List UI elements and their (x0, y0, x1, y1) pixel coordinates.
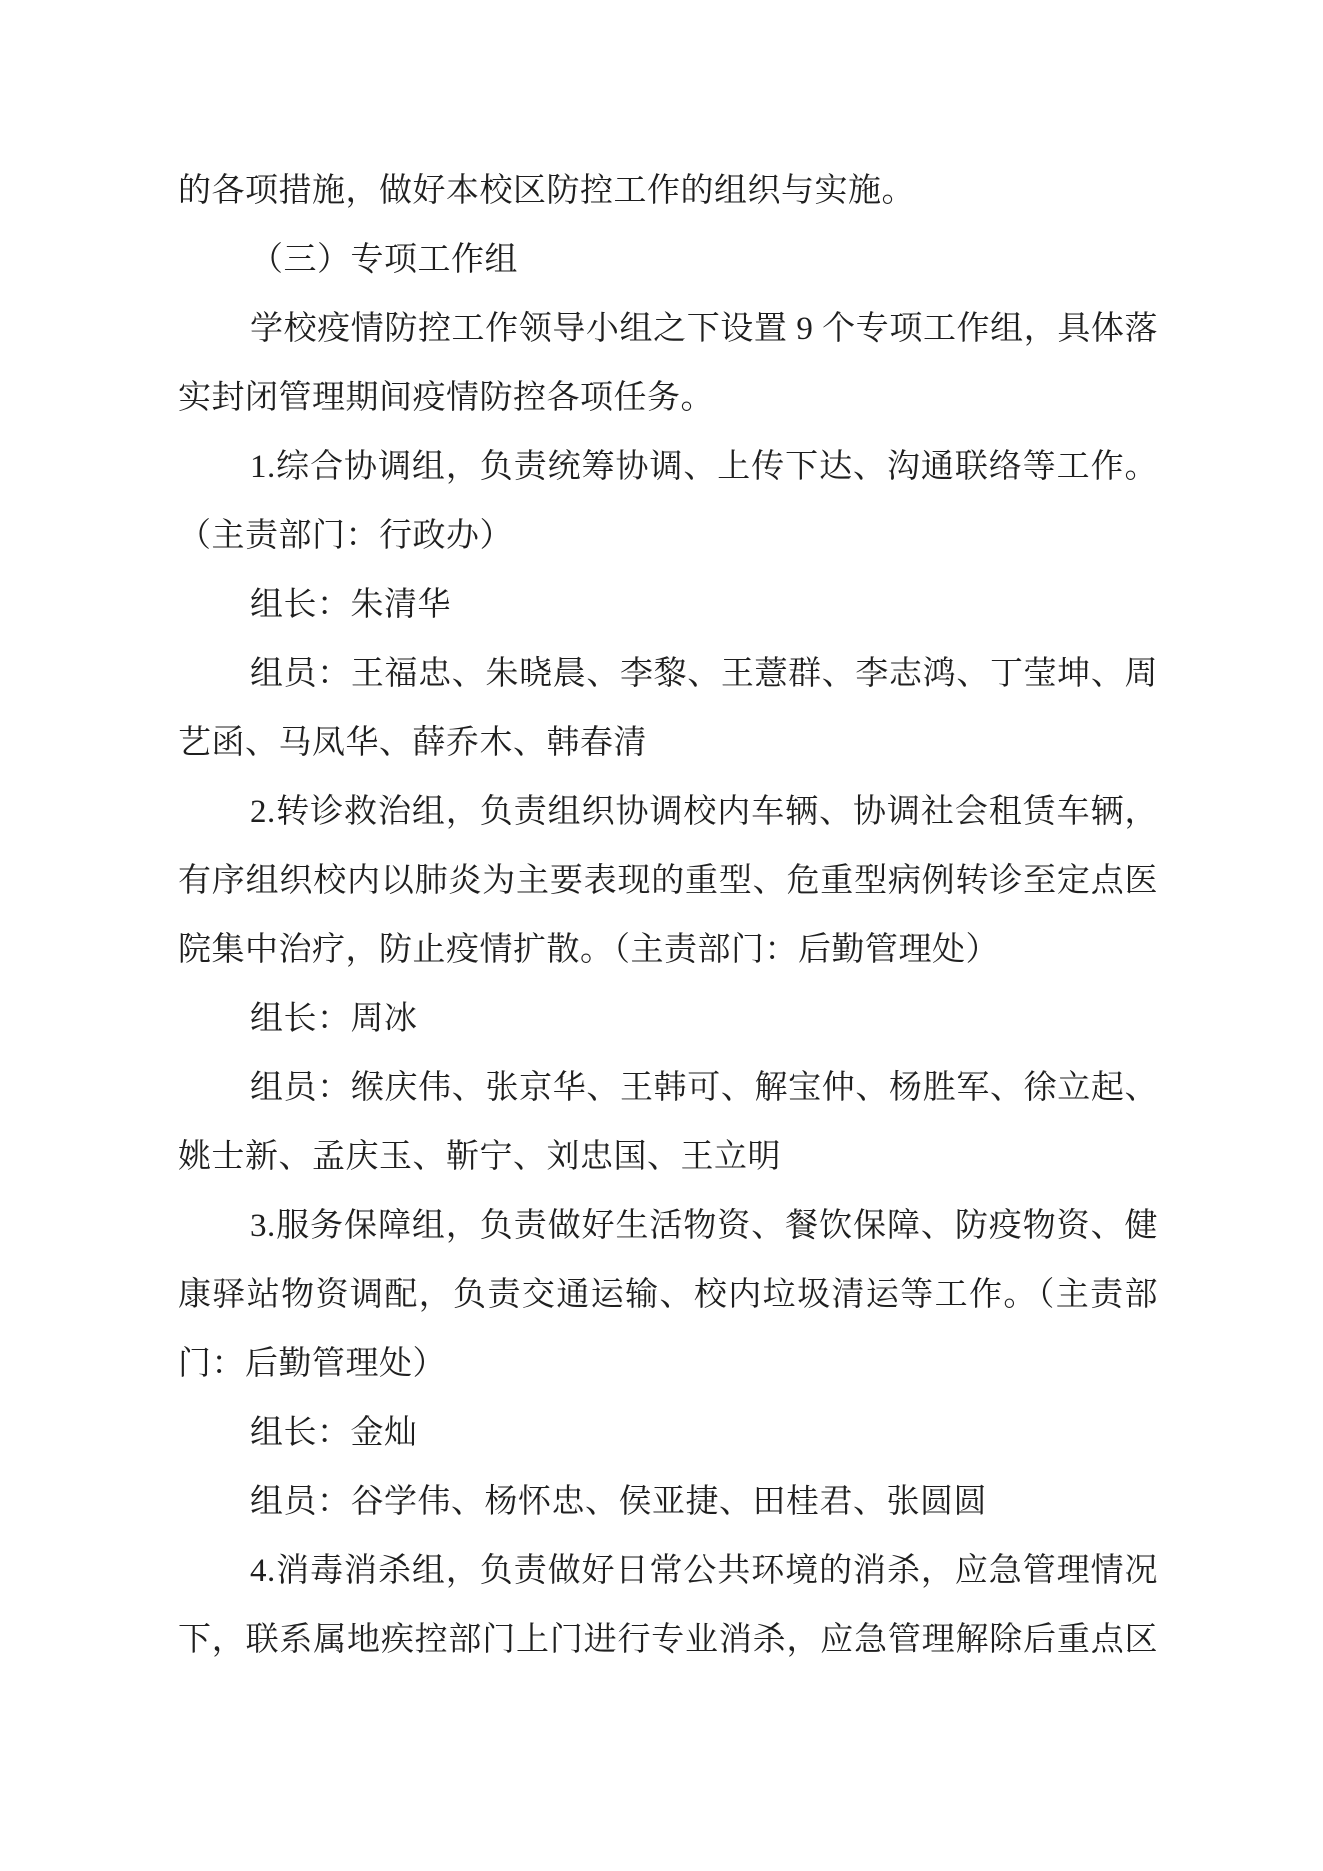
text-line: 组员：缑庆伟、张京华、王韩可、解宝仲、杨胜军、徐立起、 (178, 1054, 1158, 1123)
text-line: 下，联系属地疾控部门上门进行专业消杀，应急管理解除后重点区 (178, 1606, 1158, 1675)
text-line: （主责部门：行政办） (178, 502, 1158, 571)
text-line: 院集中治疗，防止疫情扩散。（主责部门：后勤管理处） (178, 916, 1158, 985)
text-line: 组长：朱清华 (178, 571, 1158, 640)
text-line: 4.消毒消杀组，负责做好日常公共环境的消杀，应急管理情况 (178, 1537, 1158, 1606)
text-line: 门：后勤管理处） (178, 1330, 1158, 1399)
text-line: （三）专项工作组 (178, 226, 1158, 295)
text-line: 姚士新、孟庆玉、靳宁、刘忠国、王立明 (178, 1123, 1158, 1192)
document-body: 的各项措施，做好本校区防控工作的组织与实施。（三）专项工作组学校疫情防控工作领导… (178, 157, 1158, 1675)
text-line: 康驿站物资调配，负责交通运输、校内垃圾清运等工作。（主责部 (178, 1261, 1158, 1330)
document-page: 的各项措施，做好本校区防控工作的组织与实施。（三）专项工作组学校疫情防控工作领导… (0, 0, 1323, 1871)
text-line: 有序组织校内以肺炎为主要表现的重型、危重型病例转诊至定点医 (178, 847, 1158, 916)
text-line: 组员：王福忠、朱晓晨、李黎、王薏群、李志鸿、丁莹坤、周 (178, 640, 1158, 709)
text-line: 组长：金灿 (178, 1399, 1158, 1468)
text-line: 组员：谷学伟、杨怀忠、侯亚捷、田桂君、张圆圆 (178, 1468, 1158, 1537)
text-line: 艺函、马凤华、薛乔木、韩春清 (178, 709, 1158, 778)
text-line: 实封闭管理期间疫情防控各项任务。 (178, 364, 1158, 433)
text-line: 1.综合协调组，负责统筹协调、上传下达、沟通联络等工作。 (178, 433, 1158, 502)
text-line: 学校疫情防控工作领导小组之下设置 9 个专项工作组，具体落 (178, 295, 1158, 364)
text-line: 组长：周冰 (178, 985, 1158, 1054)
text-line: 3.服务保障组，负责做好生活物资、餐饮保障、防疫物资、健 (178, 1192, 1158, 1261)
text-line: 的各项措施，做好本校区防控工作的组织与实施。 (178, 157, 1158, 226)
text-line: 2.转诊救治组，负责组织协调校内车辆、协调社会租赁车辆， (178, 778, 1158, 847)
